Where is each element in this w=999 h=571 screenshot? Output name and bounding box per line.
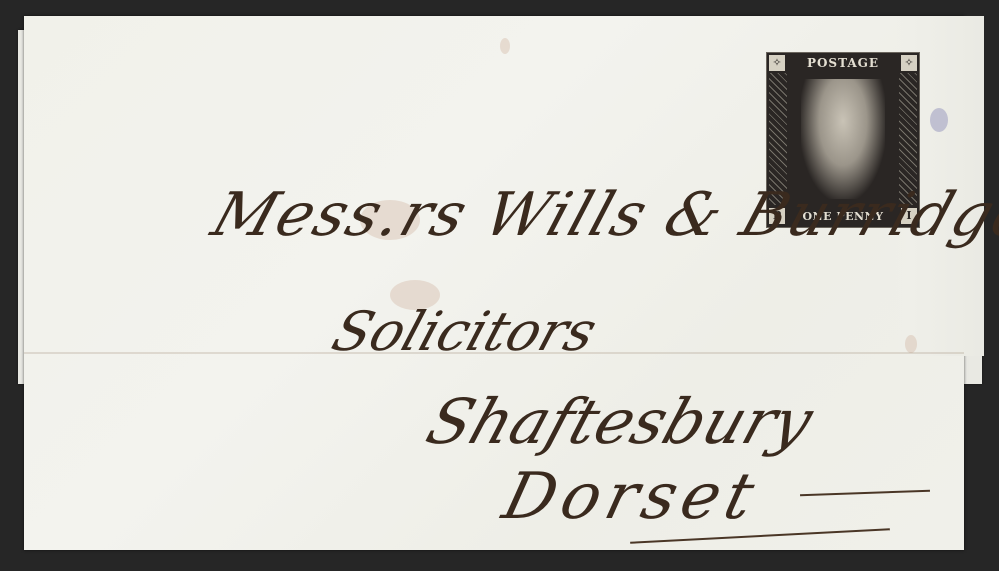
address-line-addressee: Mess.rs Wills & Burridge [204,180,999,250]
address-flourish [800,490,930,497]
address-line-town: Shaftesbury [418,385,822,458]
address-line-county: Dorset [496,460,767,534]
address-line-profession: Solicitors [325,300,605,363]
handwritten-address: Mess.rs Wills & Burridge Solicitors Shaf… [0,0,999,571]
